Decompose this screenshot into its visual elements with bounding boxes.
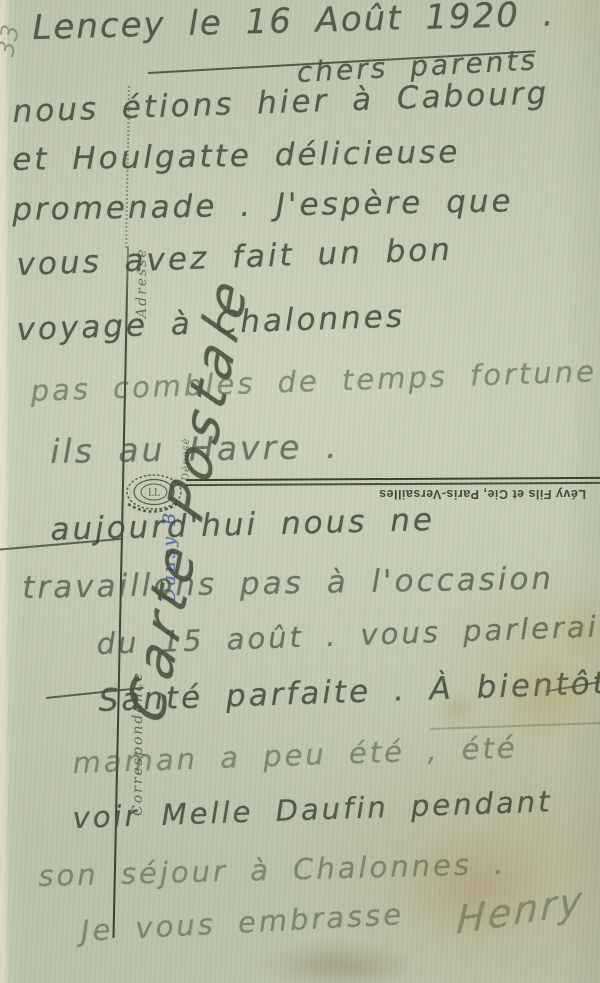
publisher-imprint: Lévy Fils et Cie, Paris-Versailles	[278, 487, 586, 501]
handwriting-line: pas combles de temps fortune	[30, 354, 597, 408]
handwriting-line: son séjour à Chalonnes .	[38, 847, 507, 893]
closing-line: Je vous embrasse	[80, 897, 405, 948]
handwriting-line: promenade . J'espère que	[12, 183, 514, 228]
handwriting-line: voyage à Chalonnes	[16, 298, 406, 348]
address-rule-bottom	[186, 482, 600, 486]
stain	[280, 948, 420, 983]
handwriting-line: vous avez fait un bon	[16, 232, 453, 283]
address-rule-top	[186, 477, 600, 481]
handwriting-line: nous étions hier à Cabourg	[12, 75, 550, 130]
handwriting-line: travaillons pas à l'occasion	[22, 561, 554, 606]
pencil-line	[430, 722, 600, 730]
handwriting-line: aujourd'hui nous ne	[50, 502, 435, 548]
handwriting-line: ils au Havre .	[50, 427, 340, 471]
signature-flourish: Henry	[456, 878, 586, 943]
handwriting-line: et Houlgatte délicieuse	[12, 134, 461, 178]
postcard-back: 33 Adresse Correspondance Déposé LL Daus…	[0, 0, 600, 983]
dateline: Lencey le 16 Août 1920 .	[32, 0, 556, 48]
corner-number: 33	[0, 21, 25, 59]
